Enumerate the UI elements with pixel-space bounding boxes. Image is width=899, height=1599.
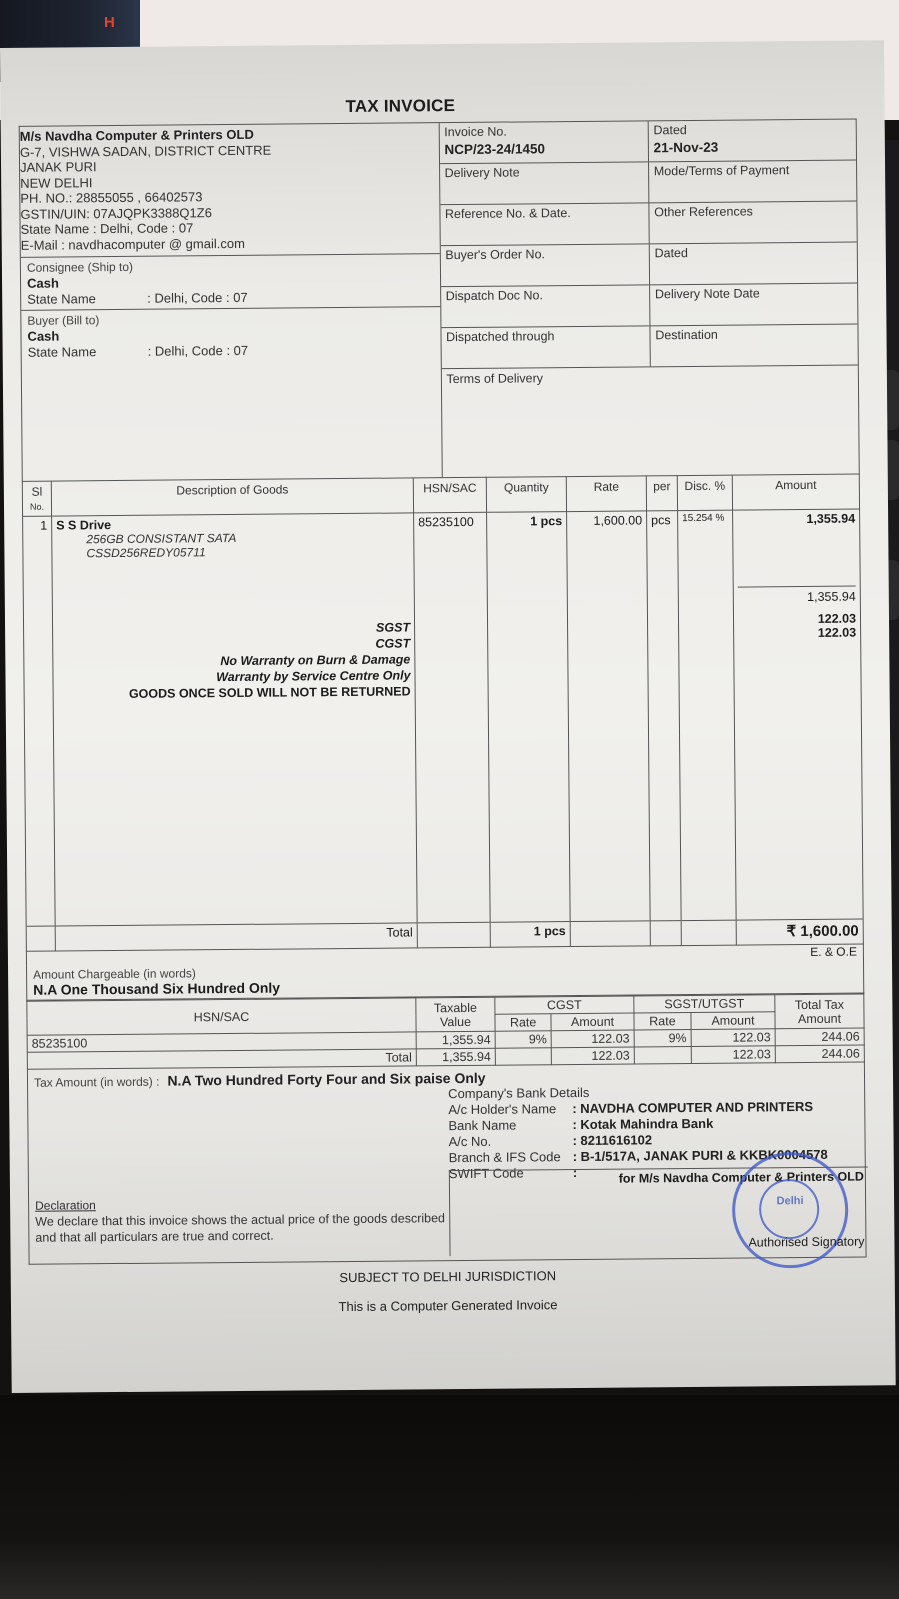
invoice-paper: TAX INVOICE M/s Navdha Computer & Printe… <box>0 40 896 1393</box>
header-grid: M/s Navdha Computer & Printers OLD G-7, … <box>19 119 860 481</box>
invoice-title: TAX INVOICE <box>345 96 455 117</box>
seller-email: E-Mail : navdhacomputer @ gmail.com <box>21 234 436 253</box>
jurisdiction-note: SUBJECT TO DELHI JURISDICTION <box>29 1265 867 1287</box>
seller-block: M/s Navdha Computer & Printers OLD G-7, … <box>20 123 440 258</box>
background-floor <box>0 1395 899 1599</box>
items-table: SlNo. Description of Goods HSN/SAC Quant… <box>22 474 864 952</box>
meta-column: Invoice No.NCP/23-24/1450Dated21-Nov-23 … <box>439 120 859 478</box>
parties-column: M/s Navdha Computer & Printers OLD G-7, … <box>20 123 443 481</box>
hsn-summary-table: HSN/SAC Taxable Value CGST SGST/UTGST To… <box>26 993 865 1069</box>
declaration: Declaration We declare that this invoice… <box>35 1194 445 1246</box>
computer-generated-note: This is a Computer Generated Invoice <box>29 1294 867 1316</box>
invoice-number: NCP/23-24/1450 <box>444 140 642 157</box>
footer-block: Tax Amount (in words) :N.A Two Hundred F… <box>27 1062 867 1264</box>
table-row: 1 S S Drive 256GB CONSISTANT SATA CSSD25… <box>23 509 864 926</box>
invoice-sheet: M/s Navdha Computer & Printers OLD G-7, … <box>19 119 867 1317</box>
company-stamp: Delhi <box>732 1152 849 1269</box>
invoice-date: 21-Nov-23 <box>654 139 851 156</box>
consignee-block: Consignee (Ship to) Cash State Name: Del… <box>21 254 440 311</box>
grand-total: ₹ 1,600.00 <box>736 919 863 945</box>
signature-box: for M/s Navdha Computer & Printers OLD D… <box>449 1166 869 1256</box>
tax-labels: SGSTCGST No Warranty on Burn & DamageWar… <box>57 619 411 702</box>
buyer-block: Buyer (Bill to) Cash State Name: Delhi, … <box>21 307 440 415</box>
